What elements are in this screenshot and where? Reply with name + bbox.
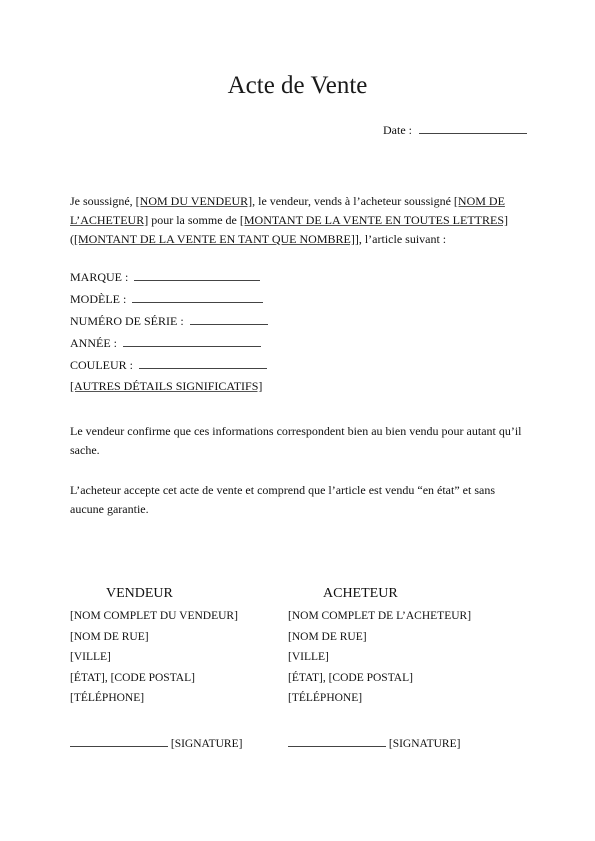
- field-label: MARQUE :: [70, 270, 128, 284]
- field-marque: MARQUE :: [70, 270, 260, 285]
- field-blank[interactable]: [134, 270, 260, 281]
- buyer-signature-label: [SIGNATURE]: [389, 738, 461, 750]
- seller-line[interactable]: [TÉLÉPHONE]: [70, 692, 270, 713]
- seller-heading: VENDEUR: [70, 586, 270, 602]
- intro-paragraph: Je soussigné, [NOM DU VENDEUR], le vende…: [70, 192, 530, 249]
- document-title: Acte de Vente: [0, 72, 595, 100]
- buyer-signature-blank[interactable]: [288, 736, 386, 747]
- buyer-heading: ACHETEUR: [288, 586, 488, 602]
- buyer-line[interactable]: [NOM COMPLET DE L’ACHETEUR]: [288, 610, 488, 631]
- field-label: MODÈLE :: [70, 292, 126, 306]
- seller-line[interactable]: [ÉTAT], [CODE POSTAL]: [70, 672, 270, 693]
- field-modele: MODÈLE :: [70, 292, 263, 307]
- field-blank[interactable]: [132, 292, 263, 303]
- intro-text: ], l’article suivant :: [355, 232, 446, 246]
- buyer-acceptance-paragraph: L’acheteur accepte cet acte de vente et …: [70, 481, 530, 519]
- date-label: Date :: [383, 123, 412, 137]
- date-field: Date :: [383, 123, 527, 138]
- date-blank[interactable]: [419, 123, 527, 134]
- seller-confirmation-paragraph: Le vendeur confirme que ces informations…: [70, 422, 530, 460]
- amount-words-placeholder[interactable]: [MONTANT DE LA VENTE EN TOUTES LETTRES]: [240, 213, 508, 227]
- buyer-line[interactable]: [TÉLÉPHONE]: [288, 692, 488, 713]
- field-blank[interactable]: [123, 336, 261, 347]
- seller-line[interactable]: [NOM DE RUE]: [70, 631, 270, 652]
- seller-signature-blank[interactable]: [70, 736, 168, 747]
- seller-signature-label: [SIGNATURE]: [171, 738, 243, 750]
- buyer-signature: [SIGNATURE]: [288, 736, 460, 750]
- amount-number-placeholder[interactable]: [MONTANT DE LA VENTE EN TANT QUE NOMBRE]: [74, 232, 355, 246]
- buyer-block: ACHETEUR [NOM COMPLET DE L’ACHETEUR] [NO…: [288, 586, 488, 713]
- seller-signature: [SIGNATURE]: [70, 736, 242, 750]
- intro-text: Je soussigné,: [70, 194, 136, 208]
- field-annee: ANNÉE :: [70, 336, 261, 351]
- buyer-line[interactable]: [VILLE]: [288, 651, 488, 672]
- seller-name-placeholder[interactable]: [NOM DU VENDEUR]: [136, 194, 252, 208]
- other-details-placeholder[interactable]: [AUTRES DÉTAILS SIGNIFICATIFS]: [70, 379, 262, 394]
- buyer-name-placeholder[interactable]: [NOM DE: [454, 194, 505, 208]
- field-blank[interactable]: [139, 358, 267, 369]
- buyer-line[interactable]: [NOM DE RUE]: [288, 631, 488, 652]
- buyer-name-placeholder-cont[interactable]: L’ACHETEUR]: [70, 213, 148, 227]
- intro-text: , le vendeur, vends à l’acheteur soussig…: [252, 194, 454, 208]
- field-label: COULEUR :: [70, 358, 133, 372]
- field-blank[interactable]: [190, 314, 268, 325]
- field-label: ANNÉE :: [70, 336, 117, 350]
- intro-text: pour la somme de: [148, 213, 240, 227]
- field-numero-serie: NUMÉRO DE SÉRIE :: [70, 314, 268, 329]
- seller-line[interactable]: [VILLE]: [70, 651, 270, 672]
- seller-line[interactable]: [NOM COMPLET DU VENDEUR]: [70, 610, 270, 631]
- field-couleur: COULEUR :: [70, 358, 267, 373]
- buyer-line[interactable]: [ÉTAT], [CODE POSTAL]: [288, 672, 488, 693]
- field-label: NUMÉRO DE SÉRIE :: [70, 314, 184, 328]
- seller-block: VENDEUR [NOM COMPLET DU VENDEUR] [NOM DE…: [70, 586, 270, 713]
